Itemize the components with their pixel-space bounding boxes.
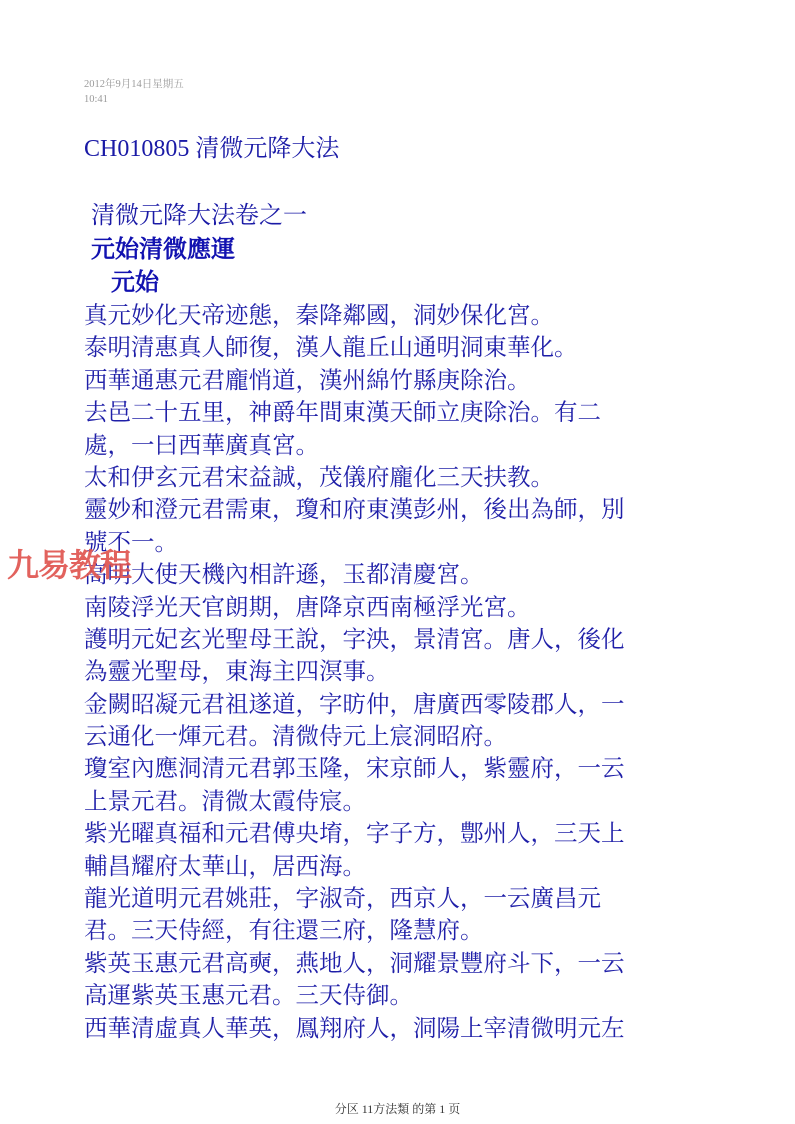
watermark-logo: 九易教程 [7,545,131,585]
text-line: 號不一。 [84,526,684,558]
text-line: 紫英玉惠元君高奭，燕地人，洞耀景豐府斗下，一云 [84,947,684,979]
subsection-heading: 元始 [111,266,159,298]
section-heading: 元始清微應運 [91,233,235,265]
text-line: 云通化一煇元君。清微侍元上宸洞昭府。 [84,720,684,752]
text-line: 西華清虛真人華英，鳳翔府人，洞陽上宰清微明元左 [84,1012,684,1044]
text-line: 去邑二十五里，神爵年間東漢天師立庚除治。有二 [84,396,684,428]
text-line: 輔昌耀府太華山，居西海。 [84,850,684,882]
text-line: 紫光曜真福和元君傅央堉，字子方，鄷州人，三天上 [84,817,684,849]
text-line: 金闕昭凝元君祖遂道，字昉仲，唐廣西零陵郡人，一 [84,688,684,720]
page-title: CH010805 清微元降大法 [84,133,339,165]
text-line: 君。三天侍經，有往還三府，隆慧府。 [84,914,684,946]
text-line: 龍光道明元君姚莊，字淑奇，西京人，一云廣昌元 [84,882,684,914]
body-text: 真元妙化天帝迹態，秦降鄰國，洞妙保化宮。 泰明清惠真人師復，漢人龍丘山通明洞東華… [84,299,684,1044]
timestamp: 2012年9月14日星期五 10:41 [84,77,184,107]
text-line: 高運紫英玉惠元君。三天侍御。 [84,979,684,1011]
text-line: 上景元君。清微太霞侍宸。 [84,785,684,817]
page-footer: 分区 11方法類 的第 1 页 [0,1101,795,1117]
text-line: 瓊室內應洞清元君郭玉隆，宋京師人，紫靈府，一云 [84,752,684,784]
text-line: 太和伊玄元君宋益誠，茂儀府龐化三天扶教。 [84,461,684,493]
text-line: 靈妙和澄元君需東，瓊和府東漢彭州，後出為師，別 [84,493,684,525]
time-text: 10:41 [84,92,184,107]
text-line: 護明元妃玄光聖母王說，字泱，景清宮。唐人，後化 [84,623,684,655]
volume-title: 清微元降大法卷之一 [91,199,307,231]
text-line: 真元妙化天帝迹態，秦降鄰國，洞妙保化宮。 [84,299,684,331]
text-line: 為靈光聖母，東海主四溟事。 [84,655,684,687]
text-line: 南陵浮光天官朗期，唐降京西南極浮光宮。 [84,591,684,623]
text-line: 西華通惠元君龐悄道，漢州綿竹縣庚除治。 [84,364,684,396]
text-line: 高明大使天機內相許遜，玉都清慶宮。 [84,558,684,590]
date-text: 2012年9月14日星期五 [84,77,184,92]
text-line: 泰明清惠真人師復，漢人龍丘山通明洞東華化。 [84,331,684,363]
text-line: 處，一曰西華廣真宮。 [84,429,684,461]
